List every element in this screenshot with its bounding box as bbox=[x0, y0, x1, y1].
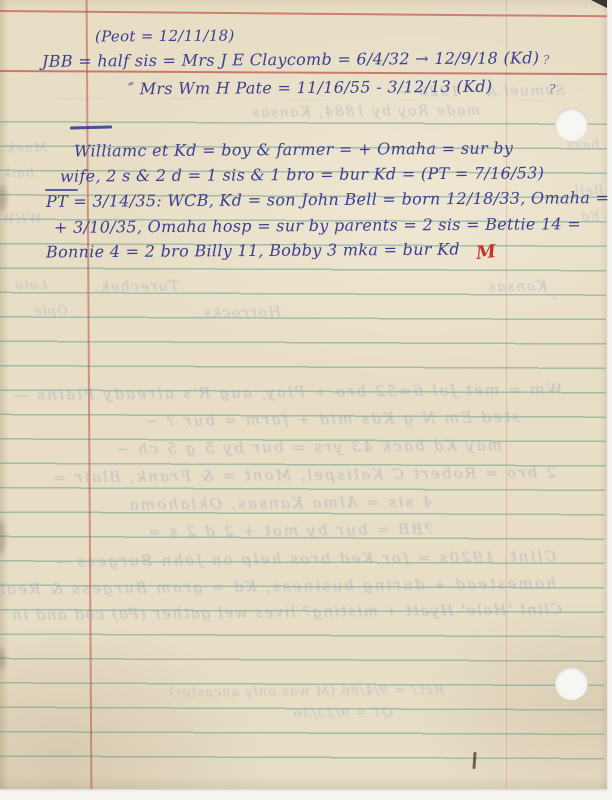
bleedthrough-text: ″ bbox=[551, 296, 557, 311]
bleedthrough-text: Opie bbox=[33, 304, 68, 319]
query-mark-2: ? bbox=[549, 82, 555, 96]
bleedthrough-text: ?BB = bur by mot + 2 d 2 s = bbox=[238, 520, 433, 540]
note-line-3: PT = 3/14/35: WCB, Kd = son John Bell = … bbox=[46, 188, 609, 211]
bleedthrough-text: QT = 9/23/36 bbox=[288, 705, 393, 721]
bleedthrough-text: 4 sis = Alma Kansas, Oklahoma bbox=[152, 493, 432, 514]
header-line-2: ″ Mrs Wm H Pate = 11/16/55 - 3/12/13 (Kd… bbox=[128, 77, 493, 99]
bleedthrough-text: may Kd back 43 yrs = bur by 5 g 5 ch ~ bbox=[147, 436, 502, 458]
bleedthrough-text: WHW bbox=[0, 212, 41, 227]
query-mark-1: ? bbox=[543, 53, 549, 67]
bleedthrough-text: Turechek, bbox=[93, 279, 179, 296]
note-line-1: Williamc et Kd = boy & farmer = + Omaha … bbox=[74, 138, 513, 160]
pt-overline-mark bbox=[45, 189, 78, 191]
header-line-1: JBB = half sis = Mrs J E Claycomb = 6/4/… bbox=[42, 48, 539, 70]
bleedthrough-text: made Roy by 1884, Kansas bbox=[225, 103, 480, 122]
bleedthrough-text: baik bbox=[2, 166, 34, 181]
bleedthrough-text: Muek bbox=[6, 141, 47, 156]
bleedthrough-text: Ed bbox=[580, 210, 600, 225]
bleedthrough-text: Horrocks, bbox=[196, 305, 281, 322]
heading-date-note: (Peot = 12/11/18) bbox=[95, 27, 235, 46]
corner-mark bbox=[591, 0, 607, 8]
bleedthrough-text: Lota bbox=[14, 278, 48, 293]
bleedthrough-text: Kansas bbox=[487, 279, 547, 296]
hole-punch-top bbox=[555, 108, 588, 141]
red-m-annotation: M bbox=[475, 241, 497, 264]
note-line-2: wife, 2 s & 2 d = 1 sis & 1 bro = bur Kd… bbox=[60, 163, 544, 185]
scanned-note-page: Samuel A ~ 1920 ~ made Roy by 1884, Kans… bbox=[0, 0, 612, 800]
note-line-5: Bonnie 4 = 2 bro Billy 11, Bobby 3 mka =… bbox=[46, 240, 460, 262]
hole-punch-bottom bbox=[555, 667, 588, 700]
bleedthrough-text: Ret? = 9/4/86 (M was only ancestor) bbox=[234, 683, 444, 700]
note-line-4: + 3/10/35, Omaha hosp = sur by parents =… bbox=[54, 214, 581, 237]
